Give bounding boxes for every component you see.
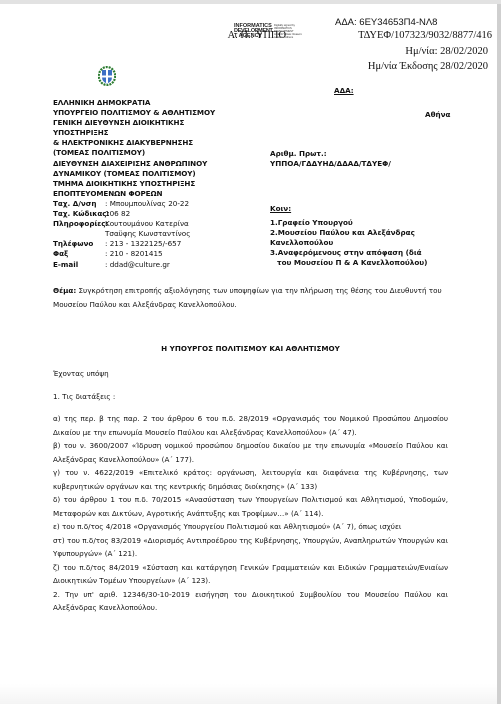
provision-item: ζ) του π.δ/τος 84/2019 «Σύσταση και κατά… [53, 561, 448, 588]
contact-value: Κουτουμάνου Κατερίνα [105, 219, 189, 229]
contact-label: E-mail [53, 260, 105, 270]
ada-label: ΑΔΑ: [334, 86, 354, 95]
provision-item: δ) του άρθρου 1 του π.δ. 70/2015 «Ανασύσ… [53, 493, 448, 520]
sender-line: ΔΙΕΥΘΥΝΣΗ ΔΙΑΧΕΙΡΙΣΗΣ ΑΝΘΡΩΠΙΝΟΥ [53, 159, 263, 169]
contact-row-phone: Τηλέφωνο : 213 - 1322125/-657 [53, 239, 283, 249]
document-page: ΑΔΑ: 6ΕΥ34653Π4-ΝΛ8 Α. Π.: ΥΠΠΟΤΔΥΕΦ/107… [0, 4, 497, 704]
protocol-reference-suffix: ΤΔΥΕΦ/107323/9032/8877/416 [358, 30, 492, 41]
contact-row-email: E-mail : ddad@culture.gr [53, 260, 283, 270]
subject-text: Συγκρότηση επιτροπής αξιολόγησης των υπο… [53, 286, 442, 309]
ada-reference-top: ΑΔΑ: 6ΕΥ34653Π4-ΝΛ8 [335, 17, 437, 28]
viewer-scroll-edge [497, 4, 501, 704]
sender-line: ΕΠΟΠΤΕΥΟΜΕΝΩΝ ΦΟΡΕΩΝ [53, 189, 263, 199]
provision-item: ε) του π.δ/τος 4/2018 «Οργανισμός Υπουργ… [53, 520, 448, 534]
stamp-fine-print: Digitally signed by INFORMATICS DEVELOPM… [274, 24, 304, 39]
contact-label [53, 229, 105, 239]
sender-line: ΥΠΟΣΤΗΡΙΞΗΣ [53, 128, 263, 138]
protocol-label: Αριθμ. Πρωτ.: [270, 149, 391, 159]
contact-value: : Μπουμπουλίνας 20-22 [105, 199, 189, 209]
subject-line: Θέμα: Συγκρότηση επιτροπής αξιολόγησης τ… [53, 284, 453, 312]
subject-label: Θέμα: [53, 286, 76, 295]
contact-label: Ταχ. Δ/νση [53, 199, 105, 209]
issue-date: Ημ/νία Έκδοσης 28/02/2020 [188, 61, 488, 72]
contact-row-postcode: Ταχ. Κώδικας: 106 82 [53, 209, 283, 219]
sender-line: (ΤΟΜΕΑΣ ΠΟΛΙΤΙΣΜΟΥ) [53, 148, 263, 158]
contact-email[interactable]: : ddad@culture.gr [105, 260, 170, 270]
minister-heading: Η ΥΠΟΥΡΓΟΣ ΠΟΛΙΤΙΣΜΟΥ ΚΑΙ ΑΘΛΗΤΙΣΜΟΥ [53, 344, 448, 353]
provision-item: α) της περ. β της παρ. 2 του άρθρου 6 το… [53, 412, 448, 439]
sender-line: & ΗΛΕΚΤΡΟΝΙΚΗΣ ΔΙΑΚΥΒΕΡΝΗΣΗΣ [53, 138, 263, 148]
cc-item: του Μουσείου Π & Α Κανελλοπούλου) [270, 258, 470, 268]
sender-line: ΤΜΗΜΑ ΔΙΟΙΚΗΤΙΚΗΣ ΥΠΟΣΤΗΡΙΞΗΣ [53, 179, 263, 189]
protocol-number-block: Αριθμ. Πρωτ.: ΥΠΠΟΑ/ΓΔΔΥΗΔ/ΔΔΑΔ/ΤΔΥΕΦ/ [270, 149, 391, 169]
document-date: Ημ/νία: 28/02/2020 [188, 46, 488, 57]
decision-body: Έχοντας υπόψη 1. Τις διατάξεις : α) της … [53, 367, 448, 615]
contact-label: Φαξ [53, 249, 105, 259]
section-2-text: 2. Την υπ' αριθ. 12346/30-10-2019 εισήγη… [53, 588, 448, 615]
contact-row-address: Ταχ. Δ/νση : Μπουμπουλίνας 20-22 [53, 199, 283, 209]
cc-item: 2.Μουσείου Παύλου και Αλεξάνδρας [270, 228, 470, 238]
contact-label: Πληροφορίες: [53, 219, 105, 229]
cc-title: Κοιν: [270, 204, 291, 213]
sender-line: ΔΥΝΑΜΙΚΟΥ (ΤΟΜΕΑΣ ΠΟΛΙΤΙΣΜΟΥ) [53, 169, 263, 179]
sender-line: ΥΠΟΥΡΓΕΙΟ ΠΟΛΙΤΙΣΜΟΥ & ΑΘΛΗΤΙΣΜΟΥ [53, 108, 263, 118]
sender-line: ΕΛΛΗΝΙΚΗ ΔΗΜΟΚΡΑΤΙΑ [53, 98, 263, 108]
contact-row-info-2: Τσαϋφης Κωνσταντίνος [53, 229, 283, 239]
cc-item: 3.Αναφερόμενους στην απόφαση (διά [270, 248, 470, 258]
greek-coat-of-arms-icon [98, 66, 116, 86]
contact-info-block: Ταχ. Δ/νση : Μπουμπουλίνας 20-22 Ταχ. Κώ… [53, 199, 283, 270]
provision-item: γ) του ν. 4622/2019 «Επιτελικό κράτος: ο… [53, 466, 448, 493]
cc-item: Κανελλοπούλου [270, 238, 470, 248]
contact-value: 106 82 [105, 209, 130, 219]
provision-item: στ) του π.δ/τος 83/2019 «Διορισμός Αντιπ… [53, 534, 448, 561]
sender-authority-block: ΕΛΛΗΝΙΚΗ ΔΗΜΟΚΡΑΤΙΑ ΥΠΟΥΡΓΕΙΟ ΠΟΛΙΤΙΣΜΟΥ… [53, 98, 263, 199]
contact-label: Ταχ. Κώδικας: [53, 209, 105, 219]
contact-value: : 210 - 8201415 [105, 249, 163, 259]
section-1-heading: 1. Τις διατάξεις : [53, 390, 448, 404]
contact-row-fax: Φαξ : 210 - 8201415 [53, 249, 283, 259]
intro-text: Έχοντας υπόψη [53, 367, 448, 381]
contact-value: : 213 - 1322125/-657 [105, 239, 181, 249]
contact-value: Τσαϋφης Κωνσταντίνος [105, 229, 190, 239]
provision-item: β) του ν. 3600/2007 «Ίδρυση νομικού προσ… [53, 439, 448, 466]
contact-label: Τηλέφωνο [53, 239, 105, 249]
cc-item: 1.Γραφείο Υπουργού [270, 218, 470, 228]
protocol-value: ΥΠΠΟΑ/ΓΔΔΥΗΔ/ΔΔΑΔ/ΤΔΥΕΦ/ [270, 159, 391, 169]
place-label: Αθήνα [425, 110, 450, 119]
cc-recipient-list: 1.Γραφείο Υπουργού 2.Μουσείου Παύλου και… [270, 218, 470, 268]
sender-line: ΓΕΝΙΚΗ ΔΙΕΥΘΥΝΣΗ ΔΙΟΙΚΗΤΙΚΗΣ [53, 118, 263, 128]
contact-row-info: Πληροφορίες: Κουτουμάνου Κατερίνα [53, 219, 283, 229]
digital-signature-stamp[interactable]: INFORMATICS DEVELOPMENT T AGENCY Digital… [234, 24, 306, 46]
